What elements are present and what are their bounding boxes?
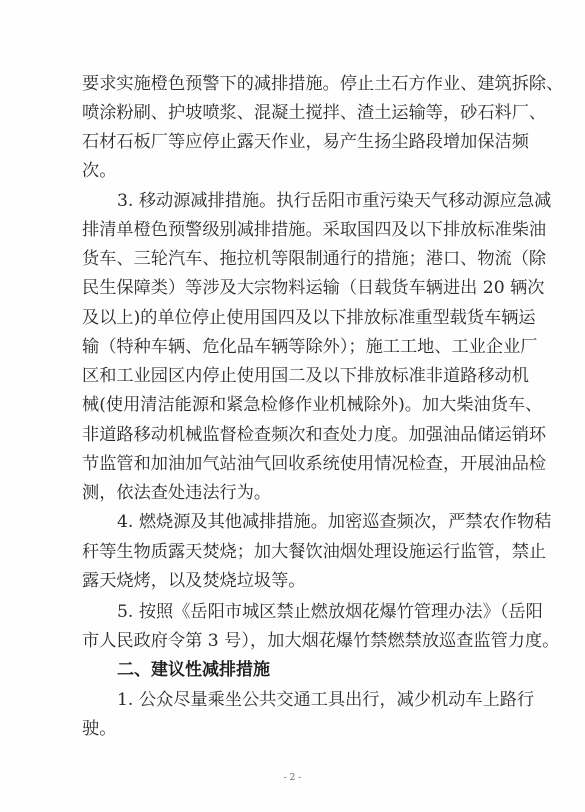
paragraph-line: 输（特种车辆、危化品车辆等除外）；施工工地、工业企业厂 [82, 336, 504, 358]
paragraph-line: 节监管和加油加气站油气回收系统使用情况检查，开展油品检 [82, 453, 504, 475]
paragraph-line: 次。 [82, 160, 504, 182]
paragraph-line: 民生保障类）等涉及大宗物料运输（日载货车辆进出 20 辆次 [82, 277, 504, 299]
section-heading: 二、建议性减排措施 [117, 659, 504, 681]
list-item-4-heading: 4. 燃烧源及其他减排措施。加密巡查频次，严禁农作物秸 [117, 511, 504, 533]
paragraph-line: 械(使用清洁能源和紧急检修作业机械除外)。加大柴油货车、 [82, 394, 504, 416]
paragraph-line: 驶。 [82, 718, 504, 740]
paragraph-line: 要求实施橙色预警下的减排措施。停止土石方作业、建筑拆除、 [82, 73, 504, 95]
paragraph-line: 秆等生物质露天焚烧；加大餐饮油烟处理设施运行监管，禁止 [82, 541, 504, 563]
document-page: 要求实施橙色预警下的减排措施。停止土石方作业、建筑拆除、 喷涂粉刷、护坡喷浆、混… [0, 0, 585, 812]
paragraph-line: 石材石板厂等应停止露天作业，易产生扬尘路段增加保洁频 [82, 131, 504, 153]
list-item-1-heading: 1. 公众尽量乘坐公共交通工具出行，减少机动车上路行 [117, 689, 504, 711]
paragraph-line: 区和工业园区内停止使用国二及以下排放标准非道路移动机 [82, 365, 504, 387]
paragraph-line: 露天烧烤，以及焚烧垃圾等。 [82, 570, 504, 592]
paragraph-line: 排清单橙色预警级别减排措施。采取国四及以下排放标准柴油 [82, 219, 504, 241]
page-number: - 2 - [0, 773, 585, 783]
paragraph-line: 货车、三轮汽车、拖拉机等限制通行的措施；港口、物流（除 [82, 248, 504, 270]
list-item-5-heading: 5. 按照《岳阳市城区禁止燃放烟花爆竹管理办法》（岳阳 [117, 601, 504, 623]
paragraph-line: 非道路移动机械监督检查频次和查处力度。加强油品储运销环 [82, 424, 504, 446]
paragraph-line: 测，依法查处违法行为。 [82, 482, 504, 504]
list-item-3-heading: 3. 移动源减排措施。执行岳阳市重污染天气移动源应急减 [117, 190, 504, 212]
paragraph-line: 喷涂粉刷、护坡喷浆、混凝土搅拌、渣土运输等，砂石料厂、 [82, 102, 504, 124]
paragraph-line: 市人民政府令第 3 号），加大烟花爆竹禁燃禁放巡查监管力度。 [82, 630, 504, 652]
paragraph-line: 及以上)的单位停止使用国四及以下排放标准重型载货车辆运 [82, 307, 504, 329]
